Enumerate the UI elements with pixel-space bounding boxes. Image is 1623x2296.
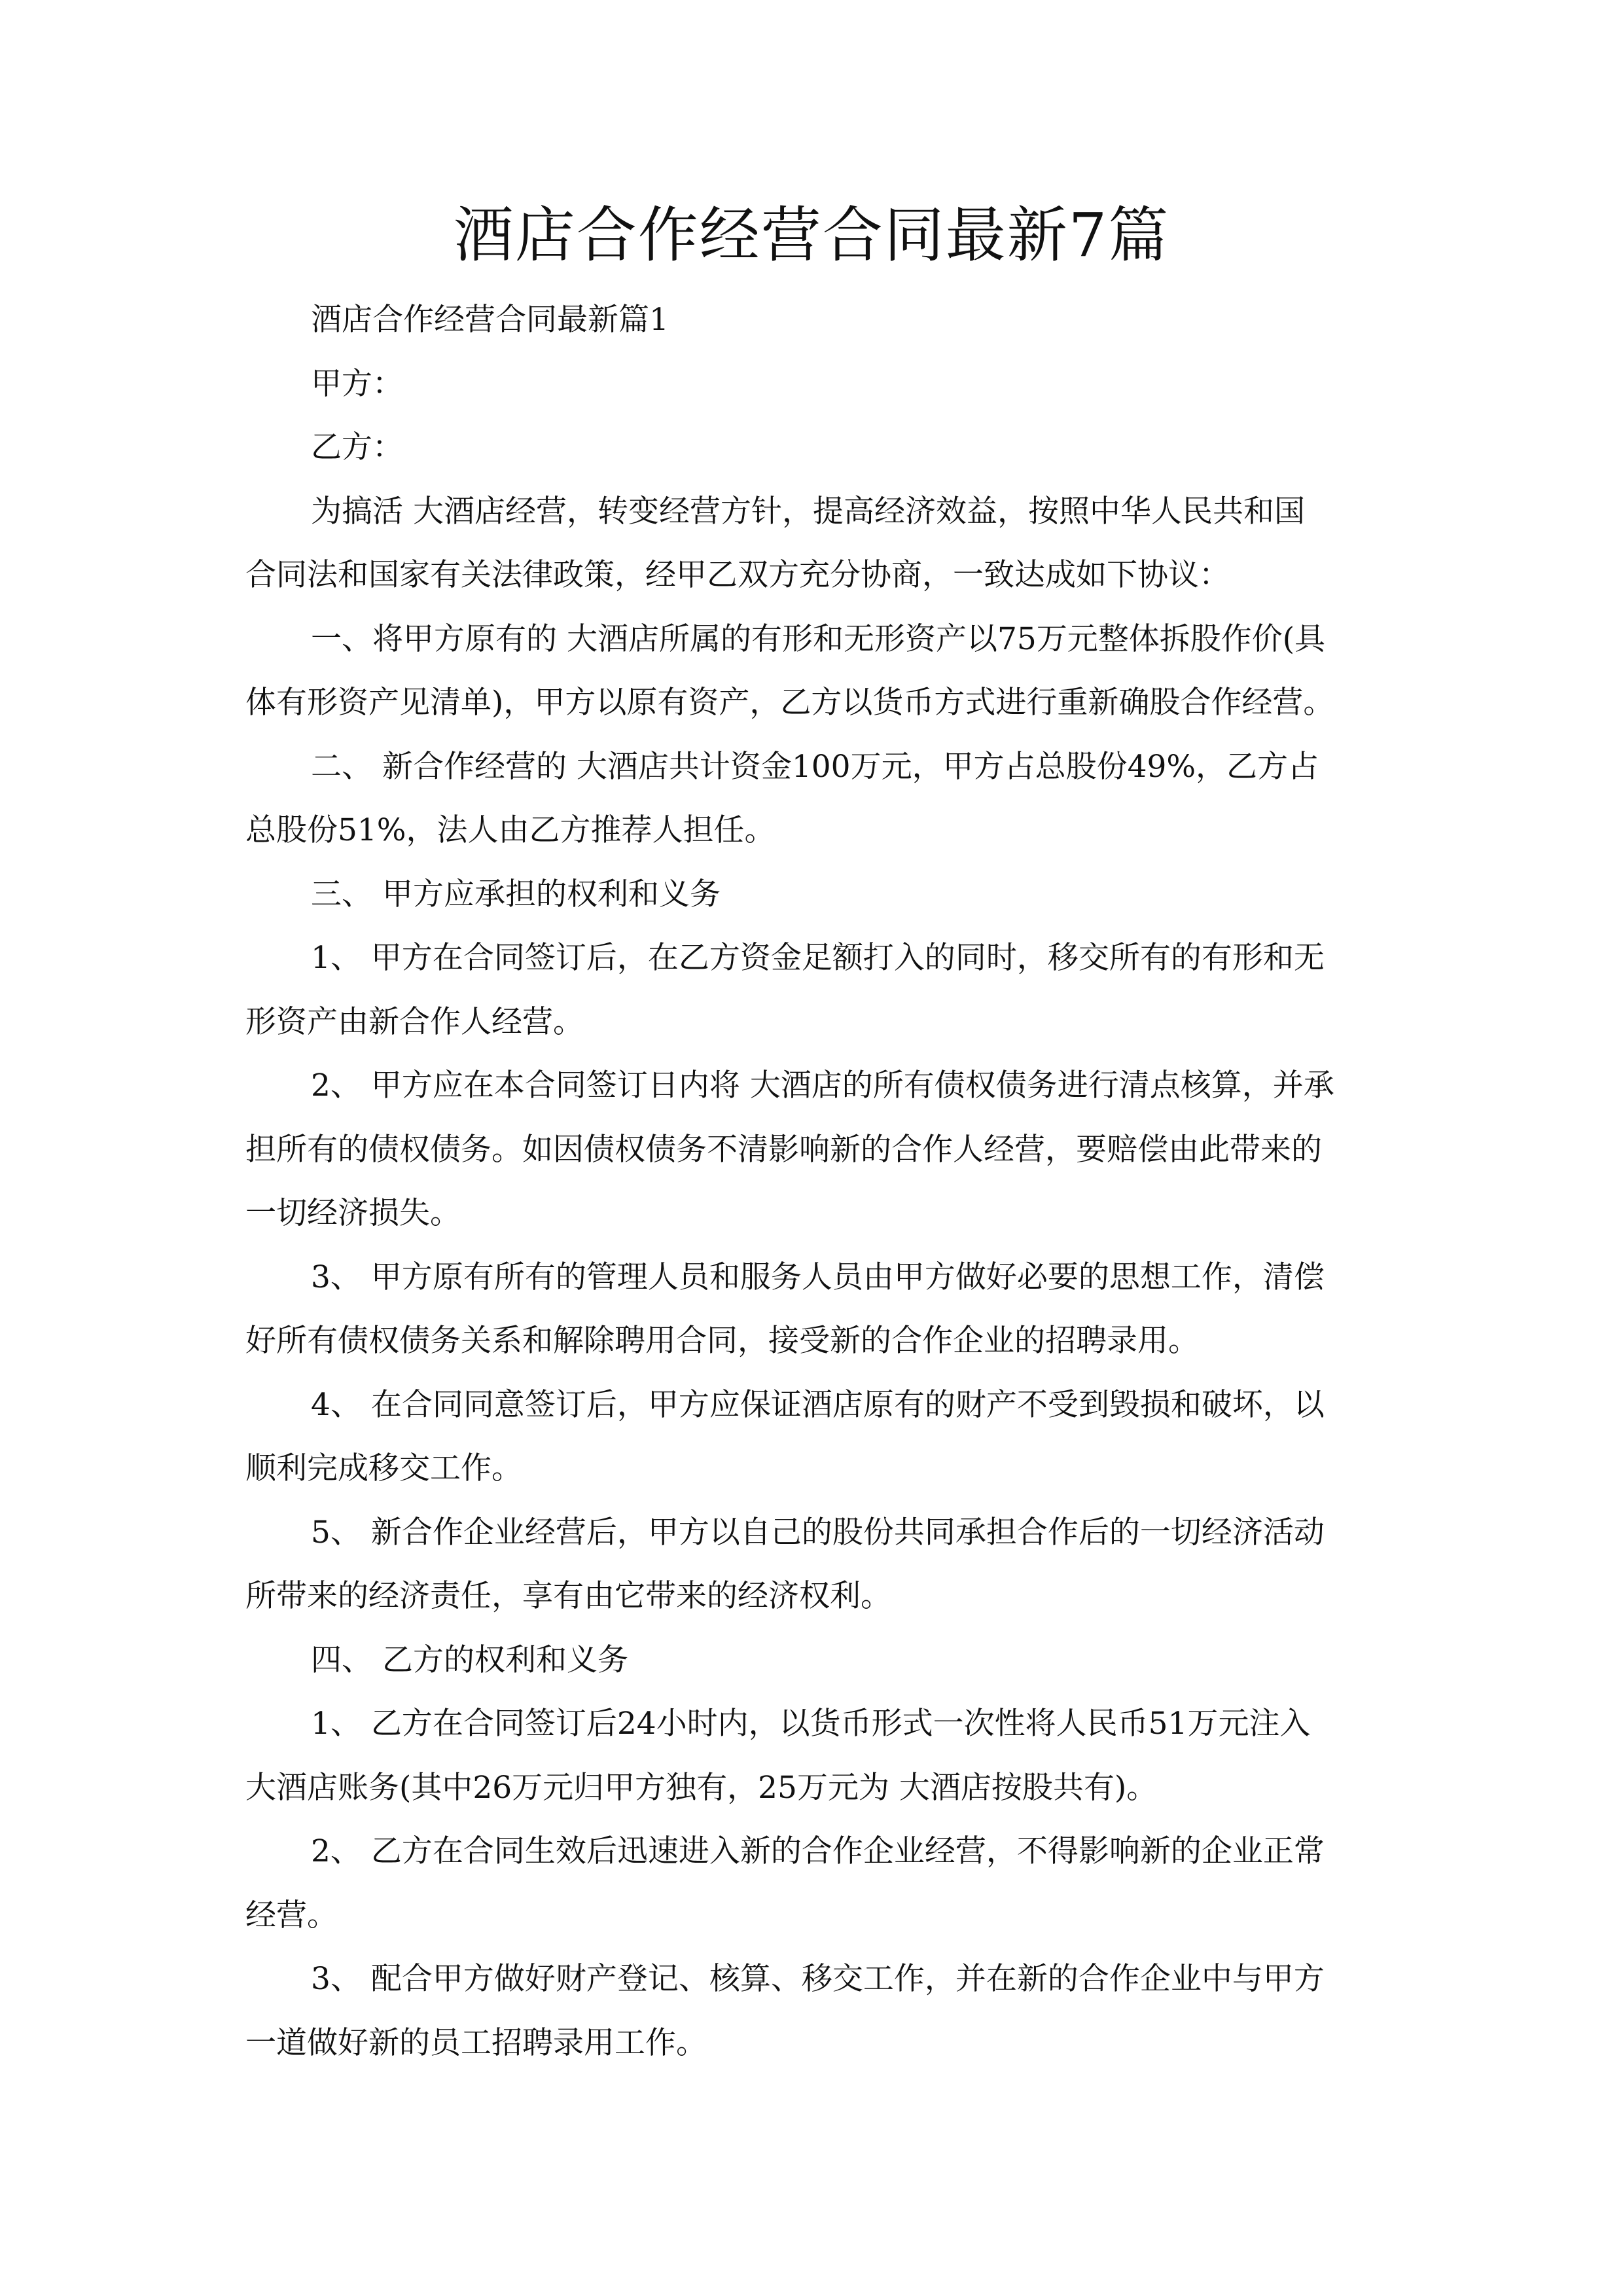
text-line: 大酒店账务(其中26万元归甲方独有，25万元为 大酒店按股共有)。 bbox=[180, 1756, 1381, 1820]
text-line: 好所有债权债务关系和解除聘用合同，接受新的合作企业的招聘录用。 bbox=[180, 1309, 1381, 1373]
text-line: 总股份51%，法人由乙方推荐人担任。 bbox=[180, 798, 1381, 863]
text-line: 二、 新合作经营的 大酒店共计资金100万元，甲方占总股份49%，乙方占 bbox=[245, 735, 1381, 799]
paragraph: 1、 甲方在合同签订后，在乙方资金足额打入的同时，移交所有的有形和无形资产由新合… bbox=[245, 926, 1381, 1054]
paragraph: 2、 甲方应在本合同签订日内将 大酒店的所有债权债务进行清点核算，并承担所有的债… bbox=[245, 1054, 1381, 1246]
text-line: 体有形资产见清单)，甲方以原有资产，乙方以货币方式进行重新确股合作经营。 bbox=[180, 671, 1381, 735]
text-line: 经营。 bbox=[180, 1884, 1381, 1948]
text-line: 三、 甲方应承担的权利和义务 bbox=[245, 863, 1381, 927]
paragraph: 三、 甲方应承担的权利和义务 bbox=[245, 863, 1381, 927]
text-line: 1、 乙方在合同签订后24小时内，以货币形式一次性将人民币51万元注入 bbox=[245, 1692, 1381, 1756]
paragraph: 2、 乙方在合同生效后迅速进入新的合作企业经营，不得影响新的企业正常经营。 bbox=[245, 1820, 1381, 1947]
paragraph: 为搞活 大酒店经营，转变经营方针，提高经济效益，按照中华人民共和国合同法和国家有… bbox=[245, 480, 1381, 607]
text-line: 1、 甲方在合同签订后，在乙方资金足额打入的同时，移交所有的有形和无 bbox=[245, 926, 1381, 990]
text-line: 合同法和国家有关法律政策，经甲乙双方充分协商，一致达成如下协议： bbox=[180, 543, 1381, 607]
text-line: 顺利完成移交工作。 bbox=[180, 1437, 1381, 1501]
paragraph: 5、 新合作企业经营后，甲方以自己的股份共同承担合作后的一切经济活动所带来的经济… bbox=[245, 1501, 1381, 1628]
paragraph: 二、 新合作经营的 大酒店共计资金100万元，甲方占总股份49%，乙方占总股份5… bbox=[245, 735, 1381, 863]
text-line: 4、 在合同同意签订后，甲方应保证酒店原有的财产不受到毁损和破坏，以 bbox=[245, 1373, 1381, 1437]
paragraph: 酒店合作经营合同最新篇1 bbox=[245, 288, 1381, 352]
paragraph: 4、 在合同同意签订后，甲方应保证酒店原有的财产不受到毁损和破坏，以顺利完成移交… bbox=[245, 1373, 1381, 1501]
paragraph: 乙方： bbox=[245, 416, 1381, 480]
text-line: 3、 甲方原有所有的管理人员和服务人员由甲方做好必要的思想工作，清偿 bbox=[245, 1246, 1381, 1310]
text-line: 2、 乙方在合同生效后迅速进入新的合作企业经营，不得影响新的企业正常 bbox=[245, 1820, 1381, 1884]
paragraph: 甲方： bbox=[245, 352, 1381, 416]
document-title: 酒店合作经营合同最新7篇 bbox=[0, 196, 1623, 275]
text-line: 形资产由新合作人经营。 bbox=[180, 990, 1381, 1054]
text-line: 所带来的经济责任，享有由它带来的经济权利。 bbox=[180, 1564, 1381, 1628]
text-line: 一、将甲方原有的 大酒店所属的有形和无形资产以75万元整体拆股作价(具 bbox=[245, 607, 1381, 672]
text-line: 一道做好新的员工招聘录用工作。 bbox=[180, 2011, 1381, 2075]
text-line: 2、 甲方应在本合同签订日内将 大酒店的所有债权债务进行清点核算，并承 bbox=[245, 1054, 1381, 1118]
text-line: 乙方： bbox=[245, 416, 1381, 480]
text-line: 甲方： bbox=[245, 352, 1381, 416]
text-line: 一切经济损失。 bbox=[180, 1181, 1381, 1246]
paragraph: 1、 乙方在合同签订后24小时内，以货币形式一次性将人民币51万元注入大酒店账务… bbox=[245, 1692, 1381, 1820]
paragraph: 四、 乙方的权利和义务 bbox=[245, 1628, 1381, 1693]
text-line: 四、 乙方的权利和义务 bbox=[245, 1628, 1381, 1693]
text-line: 担所有的债权债务。如因债权债务不清影响新的合作人经营，要赔偿由此带来的 bbox=[180, 1118, 1381, 1182]
paragraph: 一、将甲方原有的 大酒店所属的有形和无形资产以75万元整体拆股作价(具体有形资产… bbox=[245, 607, 1381, 735]
text-line: 为搞活 大酒店经营，转变经营方针，提高经济效益，按照中华人民共和国 bbox=[245, 480, 1381, 544]
paragraph: 3、 配合甲方做好财产登记、核算、移交工作，并在新的合作企业中与甲方一道做好新的… bbox=[245, 1947, 1381, 2075]
text-line: 3、 配合甲方做好财产登记、核算、移交工作，并在新的合作企业中与甲方 bbox=[245, 1947, 1381, 2011]
paragraph: 3、 甲方原有所有的管理人员和服务人员由甲方做好必要的思想工作，清偿好所有债权债… bbox=[245, 1246, 1381, 1373]
text-line: 5、 新合作企业经营后，甲方以自己的股份共同承担合作后的一切经济活动 bbox=[245, 1501, 1381, 1565]
text-line: 酒店合作经营合同最新篇1 bbox=[245, 288, 1381, 352]
document-body: 酒店合作经营合同最新篇1甲方：乙方：为搞活 大酒店经营，转变经营方针，提高经济效… bbox=[245, 288, 1381, 2075]
